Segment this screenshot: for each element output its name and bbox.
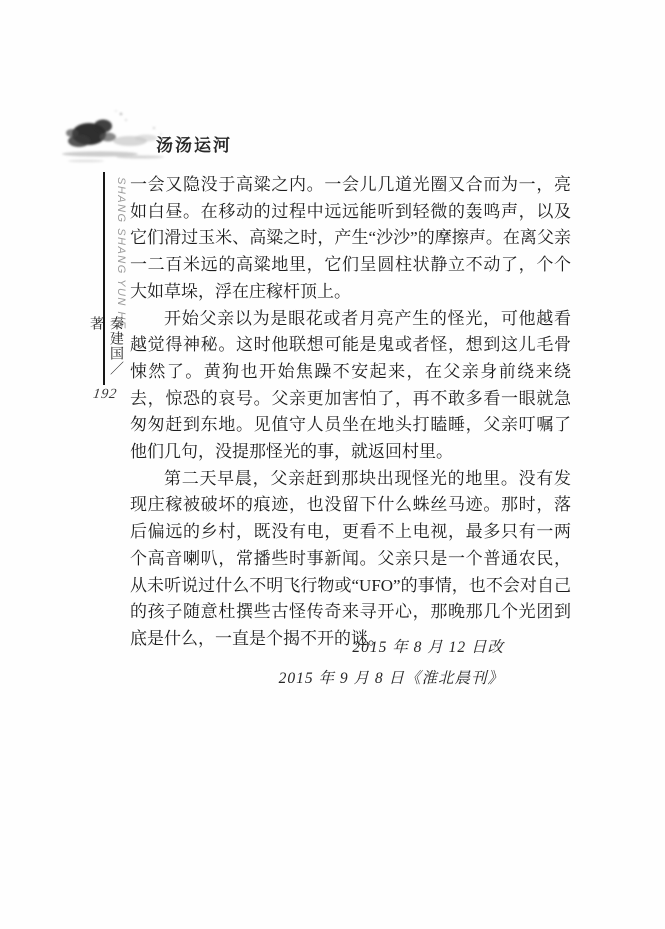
ink-painting-logo: [58, 106, 170, 172]
series-romanized-label: SHANG SHANG YUN HE: [115, 177, 127, 330]
paragraph-1: 一会又隐没于高粱之内。一会儿几道光圈又合而为一，亮如白昼。在移动的过程中远远能听…: [130, 172, 571, 306]
colophon: 2015 年 8 月 12 日改 2015 年 9 月 8 日《淮北晨刊》: [130, 632, 504, 694]
paragraph-2: 开始父亲以为是眼花或者月亮产生的怪光，可他越看越觉得神秘。这时他联想可能是鬼或者…: [130, 306, 571, 466]
paragraph-3: 第二天早晨，父亲赶到那块出现怪光的地里。没有发现庄稼被破坏的痕迹，也没留下什么蛛…: [130, 466, 571, 653]
book-page: 汤汤运河 SHANG SHANG YUN HE 秦建国／著 192 一会又隐没于…: [0, 0, 665, 929]
publication-date: 2015 年 9 月 8 日《淮北晨刊》: [130, 663, 504, 694]
body-text: 一会又隐没于高粱之内。一会儿几道光圈又合而为一，亮如白昼。在移动的过程中远远能听…: [130, 172, 571, 653]
revision-date: 2015 年 8 月 12 日改: [130, 632, 504, 663]
author-label: 秦建国／著: [85, 316, 125, 388]
page-title: 汤汤运河: [156, 131, 232, 156]
page-number: 192: [92, 387, 118, 403]
